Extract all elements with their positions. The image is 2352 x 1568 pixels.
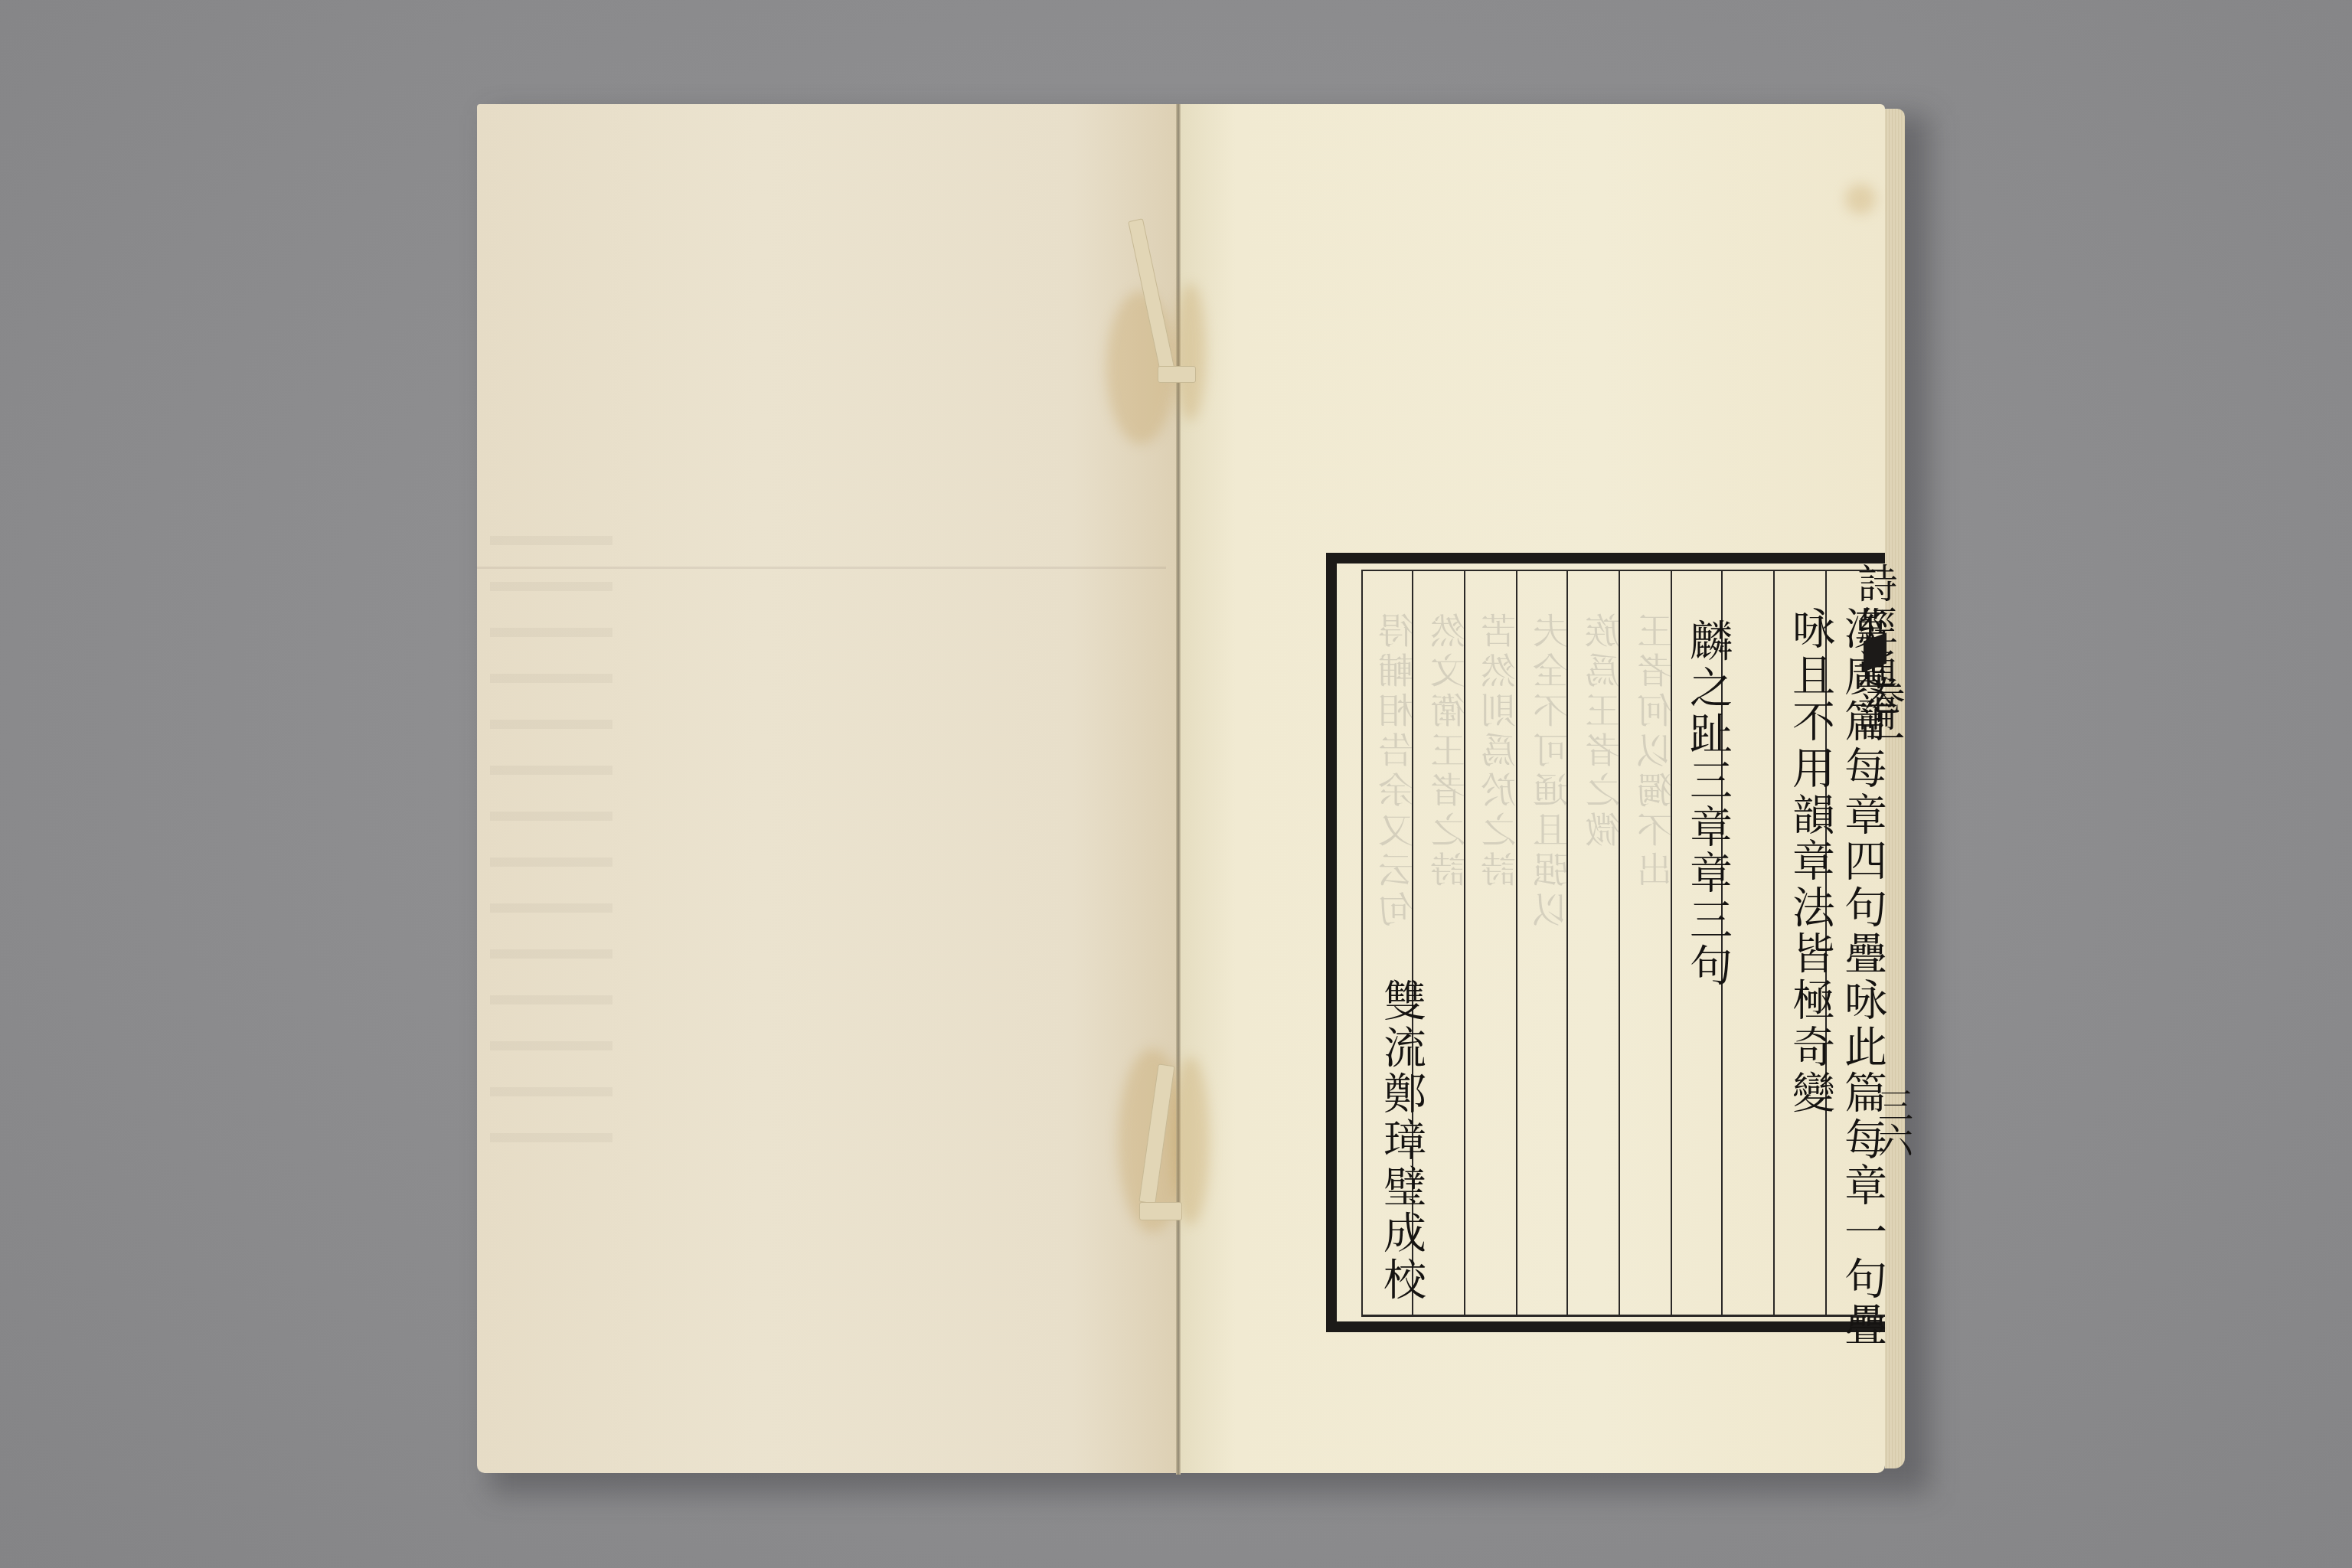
showthrough-text: 族爲王者之微 (1582, 612, 1615, 1286)
gutter-stain-top (1175, 283, 1206, 421)
gutter-stain-bottom (1171, 1057, 1210, 1225)
fold-edge-page-number: 三六 (1868, 1087, 1919, 1158)
showthrough-text: 然文衛王者之詩 (1427, 612, 1461, 1286)
text-column-4: 麟之趾三章章三句 (1677, 619, 1738, 990)
text-column-2: 咏且不用韻章法皆極奇變 (1779, 606, 1841, 1117)
right-stain-corner (1845, 184, 1876, 214)
showthrough-text: 夫全不可通且强以 (1530, 612, 1563, 1286)
column-rule (1773, 571, 1775, 1315)
binding-knot-top (1158, 366, 1196, 383)
left-page-showthrough (490, 536, 612, 1148)
showthrough-text: 苦然則爲於之詩 (1478, 612, 1511, 1286)
fold-edge-volume: 卷一 (1853, 675, 1910, 761)
showthrough-text: 王者何以獨不出 (1634, 612, 1668, 1286)
binding-knot-bottom (1139, 1202, 1182, 1220)
text-column-collator: 雙流鄭璋璧成校 (1370, 978, 1432, 1303)
